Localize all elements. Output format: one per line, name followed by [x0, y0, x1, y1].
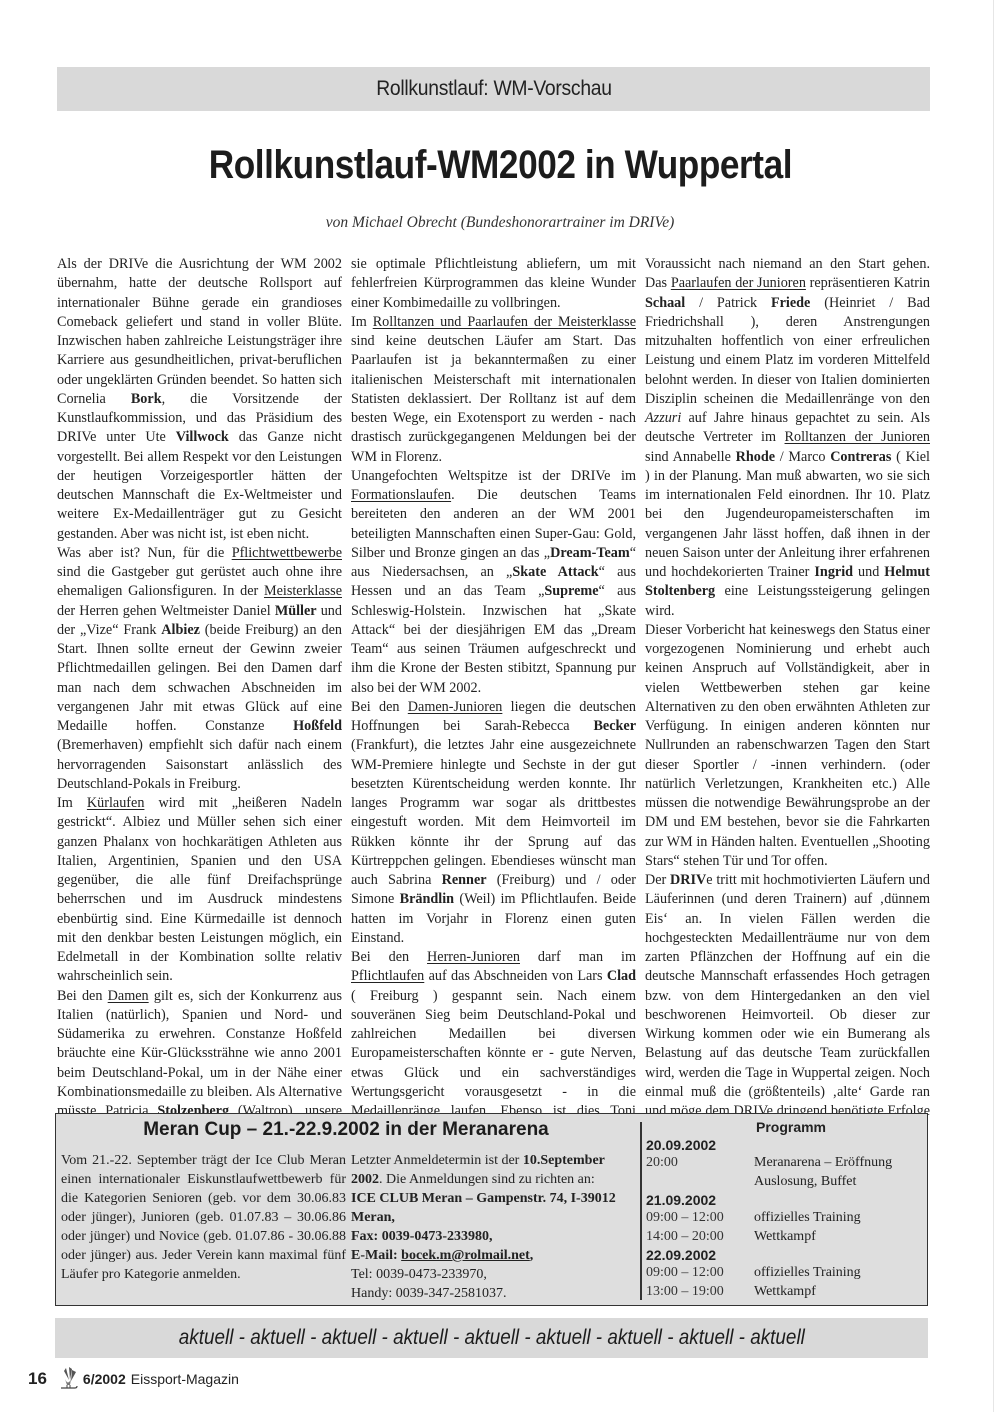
article-paragraph: Bei den Damen-Junioren liegen die deutsc… — [351, 698, 636, 948]
text-run: Bei den — [57, 988, 108, 1004]
bold-name: Dream-Team — [550, 545, 630, 561]
bold-name: Renner — [442, 872, 487, 888]
article-title-wrap: Rollkunstlauf-WM2002 in Wuppertal — [0, 143, 1000, 188]
meran-box-divider — [640, 1122, 642, 1300]
text-run: / Marco — [775, 449, 830, 465]
bold-name: Contreras — [830, 449, 891, 465]
text-run: Im — [351, 314, 373, 330]
article-paragraph: Als der DRIVe die Ausrichtung der WM 200… — [57, 255, 342, 544]
text-run: Als der DRIVe die Ausrichtung der WM 200… — [57, 256, 342, 407]
meran-cup-box: Meran Cup – 21.-22.9.2002 in der Meranar… — [55, 1113, 928, 1306]
text-run: sind keine deutschen Läufer am Start. Da… — [351, 333, 636, 465]
article-paragraph: Voraussicht nach niemand an den Start ge… — [645, 255, 930, 621]
text-run: sind Annabelle — [645, 449, 736, 465]
article-paragraph: Im Rolltanzen und Paarlaufen der Meister… — [351, 313, 636, 467]
programm-desc: offizielles Training — [754, 1209, 926, 1228]
section-header-band: Rollkunstlauf: WM-Vorschau — [57, 67, 930, 111]
bold-name: Friede — [771, 295, 810, 311]
programm-row: 09:00 – 12:00offizielles Training — [646, 1209, 926, 1228]
deadline-prefix: Letzter Anmeldetermin ist der — [351, 1153, 523, 1168]
programm-desc: Wettkampf — [754, 1228, 926, 1247]
programm-title: Programm — [646, 1118, 926, 1136]
bold-name: Villwock — [176, 429, 229, 445]
email-label: E-Mail: — [351, 1248, 401, 1263]
programm-days: 20.09.200220:00Meranarena – EröffnungAus… — [646, 1136, 926, 1301]
italic-term: Azzuri — [645, 410, 681, 426]
underlined-category: Herren-Junioren — [427, 949, 520, 965]
programm-desc: Auslosung, Buffet — [754, 1173, 926, 1192]
programm-time: 13:00 – 19:00 — [646, 1283, 754, 1302]
underlined-category: Rolltanzen der Junioren — [785, 429, 930, 445]
meran-cup-intro: Vom 21.-22. September trägt der Ice Club… — [61, 1151, 346, 1284]
programm-row: 20:00Meranarena – Eröffnung — [646, 1154, 926, 1173]
article-paragraph: Unangefochten Weltspitze ist der DRIVe i… — [351, 467, 636, 698]
underlined-category: Kürlaufen — [87, 795, 145, 811]
text-run: wird mit „heißeren Nadeln gestrickt“. Al… — [57, 795, 342, 984]
text-run: (Frankfurt), die letztes Jahr eine ausge… — [351, 737, 636, 888]
text-run: Bei den — [351, 699, 408, 715]
meran-cup-title: Meran Cup – 21.-22.9.2002 in der Meranar… — [56, 1119, 636, 1141]
programm-row: Auslosung, Buffet — [646, 1173, 926, 1192]
article-paragraph: Der DRIVe tritt mit hochmotivierten Läuf… — [645, 871, 930, 1141]
article-paragraph: sie optimale Pflichtleistung abliefern, … — [351, 255, 636, 313]
article-column-3: Voraussicht nach niemand an den Start ge… — [645, 255, 930, 1105]
registration-address: ICE CLUB Meran – Gampenstr. 74, I-39012 … — [351, 1189, 636, 1227]
underlined-category: Pflichtwettbewerbe — [232, 545, 342, 561]
section-header: Rollkunstlauf: WM-Vorschau — [376, 77, 611, 101]
underlined-category: Rolltanzen und Paarlaufen der Meisterkla… — [373, 314, 636, 330]
underlined-category: Damen-Junioren — [408, 699, 503, 715]
bold-name: Müller — [275, 603, 317, 619]
article-body: Als der DRIVe die Ausrichtung der WM 200… — [57, 255, 930, 1105]
text-run: (Heinriet / Bad Friedrichshall ), deren … — [645, 295, 930, 407]
registration-handy: Handy: 0039-347-2581037. — [351, 1284, 636, 1303]
programm-row: 09:00 – 12:00offizielles Training — [646, 1264, 926, 1283]
programm-time — [646, 1173, 754, 1192]
bold-name: Becker — [593, 718, 636, 734]
bold-name: Skate Attack — [512, 564, 598, 580]
text-run: und — [853, 564, 884, 580]
text-run: repräsentieren Katrin — [806, 275, 930, 291]
text-run: ( Freiburg ) gespannt sein. Nach einem s… — [351, 988, 636, 1120]
aktuell-text: aktuell - aktuell - aktuell - aktuell - … — [178, 1326, 804, 1350]
bold-name: Hoßfeld — [293, 718, 342, 734]
text-run: (Bremerhaven) empfiehlt sich dafür nach … — [57, 737, 342, 792]
text-run: gilt es, sich der Konkurrenz aus Italien… — [57, 988, 342, 1120]
text-run: der Herren gehen Weltmeister Daniel — [57, 603, 275, 619]
programm-row: 14:00 – 20:00Wettkampf — [646, 1228, 926, 1247]
article-column-1: Als der DRIVe die Ausrichtung der WM 200… — [57, 255, 342, 1105]
programm-desc: Meranarena – Eröffnung — [754, 1154, 926, 1173]
bold-name: Supreme — [544, 583, 598, 599]
bold-name: Ingrid — [814, 564, 853, 580]
bold-name: Rhode — [736, 449, 775, 465]
underlined-category: Meisterklasse — [264, 583, 342, 599]
aktuell-band: aktuell - aktuell - aktuell - aktuell - … — [55, 1318, 928, 1358]
programm-time: 09:00 – 12:00 — [646, 1209, 754, 1228]
page-footer: 16 6/2002 Eissport-Magazin — [28, 1366, 239, 1392]
bold-name: Brändlin — [400, 891, 454, 907]
text-run: sie optimale Pflichtleistung abliefern, … — [351, 256, 636, 311]
page-number: 16 — [28, 1369, 47, 1389]
programm-date: 21.09.2002 — [646, 1191, 926, 1209]
text-run: Bei den — [351, 949, 427, 965]
article-paragraph: Dieser Vorbericht hat keineswegs den Sta… — [645, 621, 930, 871]
programm-date: 20.09.2002 — [646, 1136, 926, 1154]
programm-time: 20:00 — [646, 1154, 754, 1173]
deadline-suffix: . Die Anmeldungen sind zu richten an: — [379, 1172, 595, 1187]
text-run: Im — [57, 795, 87, 811]
text-run: Unangefochten Weltspitze ist der DRIVe i… — [351, 468, 636, 484]
text-run: e tritt mit hochmotivierten Läufern und … — [645, 872, 930, 1138]
article-paragraph: Im Kürlaufen wird mit „heißeren Nadeln g… — [57, 794, 342, 987]
text-run: / Patrick — [685, 295, 771, 311]
programm-time: 14:00 – 20:00 — [646, 1228, 754, 1247]
text-run: das Ganze nicht vorgestellt. Bei allem R… — [57, 429, 342, 541]
underlined-category: Formationslaufen — [351, 487, 451, 503]
text-run: ( Kiel ) in der Planung. Man muß abwarte… — [645, 449, 930, 581]
bold-name: Schaal — [645, 295, 685, 311]
underlined-category: Paarlaufen der Junioren — [671, 275, 806, 291]
registration-email-line: E-Mail: bocek.m@rolmail.net, — [351, 1246, 636, 1265]
programm-desc: Wettkampf — [754, 1283, 926, 1302]
bold-name: Albiez — [161, 622, 200, 638]
programm-desc: offizielles Training — [754, 1264, 926, 1283]
email-link[interactable]: bocek.m@rolmail.net — [401, 1248, 530, 1263]
page-edge-rule — [993, 0, 994, 1412]
article-paragraph: Was aber ist? Nun, für die Pflichtwettbe… — [57, 544, 342, 794]
programm-time: 09:00 – 12:00 — [646, 1264, 754, 1283]
bold-name: Bork — [131, 391, 162, 407]
text-run: Der — [645, 872, 670, 888]
meran-cup-registration: Letzter Anmeldetermin ist der 10.Septemb… — [351, 1151, 636, 1303]
issue-number: 6/2002 — [83, 1371, 126, 1387]
article-byline: von Michael Obrecht (Bundeshonorartraine… — [0, 214, 1000, 232]
registration-tel: Tel: 0039-0473-233970, — [351, 1265, 636, 1284]
text-run: “ aus Schleswig-Holstein. Inzwischen hat… — [351, 583, 636, 695]
text-run: Dieser Vorbericht hat keineswegs den Sta… — [645, 622, 930, 869]
registration-fax: Fax: 0039-0473-233980, — [351, 1227, 636, 1246]
bold-name: DRIV — [670, 872, 706, 888]
text-run: auf das Abschneiden von Lars — [424, 968, 607, 984]
programm-row: 13:00 – 19:00Wettkampf — [646, 1283, 926, 1302]
programm-date: 22.09.2002 — [646, 1246, 926, 1264]
text-run: darf man im — [520, 949, 636, 965]
text-run: Was aber ist? Nun, für die — [57, 545, 232, 561]
programm-schedule: Programm 20.09.200220:00Meranarena – Erö… — [646, 1118, 926, 1301]
underlined-category: Pflichtlaufen — [351, 968, 424, 984]
article-column-2: sie optimale Pflichtleistung abliefern, … — [351, 255, 636, 1105]
underlined-category: Damen — [108, 988, 149, 1004]
magazine-name: Eissport-Magazin — [131, 1371, 239, 1387]
skater-logo-icon — [57, 1366, 79, 1392]
registration-deadline: Letzter Anmeldetermin ist der 10.Septemb… — [351, 1151, 636, 1189]
email-suffix: , — [530, 1248, 534, 1263]
bold-name: Clad — [607, 968, 636, 984]
article-title: Rollkunstlauf-WM2002 in Wuppertal — [208, 143, 791, 188]
